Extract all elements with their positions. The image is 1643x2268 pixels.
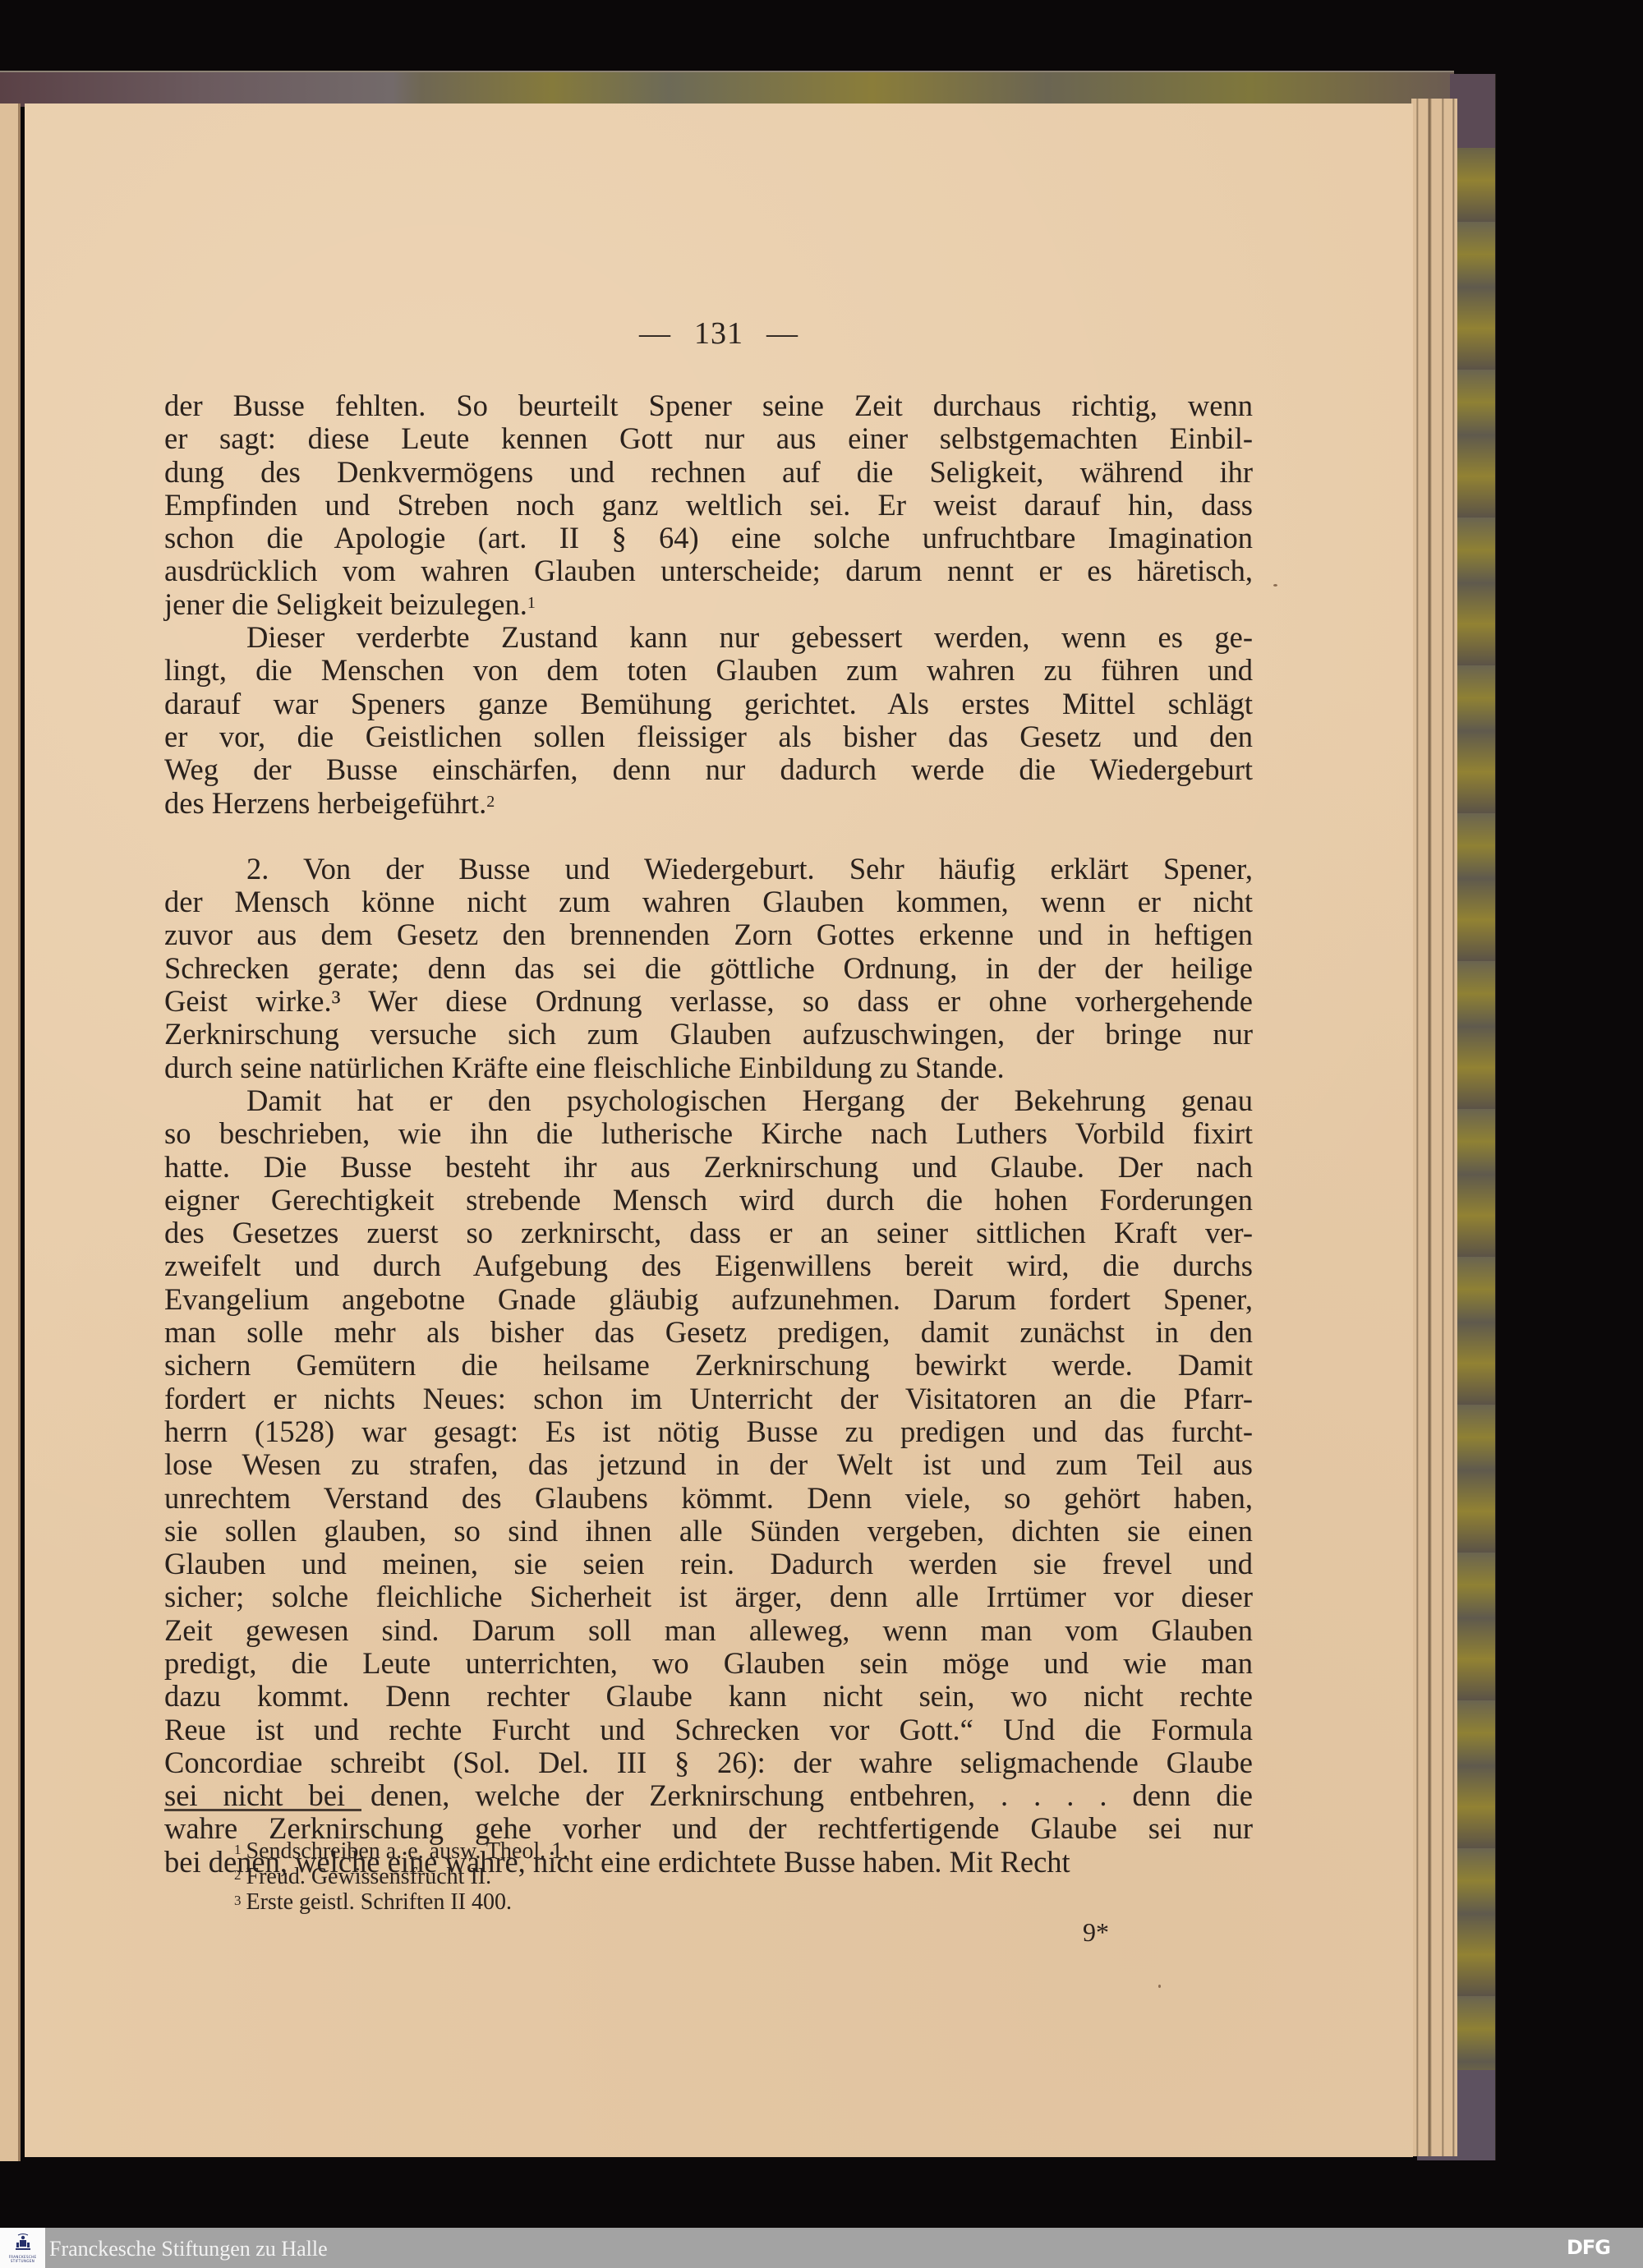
text-line: 2. Von der Busse und Wiedergeburt. Sehr …: [164, 853, 1253, 886]
text-line: eigner Gerechtigkeit strebende Mensch wi…: [164, 1184, 1253, 1217]
section-gap: [164, 820, 1253, 853]
paper-speck: [1158, 1985, 1161, 1988]
text-line: predigt, die Leute unterrichten, wo Glau…: [164, 1647, 1253, 1680]
signature-mark: 9*: [1083, 1917, 1109, 1948]
paragraphs: der Busse fehlten. So beurteilt Spener s…: [164, 389, 1253, 1879]
text-line: zweifelt und durch Aufgebung des Eigenwi…: [164, 1249, 1253, 1282]
text-line: Empfinden und Streben noch ganz weltlich…: [164, 489, 1253, 522]
footnote-separator: [164, 1809, 361, 1811]
previous-page-edge: [0, 104, 21, 2161]
text-line: jener die Seligkeit beizulegen.1: [164, 588, 1253, 621]
text-line: Evangelium angebotne Gnade gläubig aufzu…: [164, 1283, 1253, 1316]
text-line: Weg der Busse einschärfen, denn nur dadu…: [164, 753, 1253, 786]
text-line: so beschrieben, wie ihn die lutherische …: [164, 1117, 1253, 1150]
paper-speck: [1273, 584, 1277, 587]
text-line: Concordiae schreibt (Sol. Del. III § 26)…: [164, 1746, 1253, 1779]
text-line: man solle mehr als bisher das Gesetz pre…: [164, 1316, 1253, 1349]
text-line: durch seine natürlichen Kräfte eine flei…: [164, 1051, 1253, 1084]
text-line: hatte. Die Busse besteht ihr aus Zerknir…: [164, 1151, 1253, 1184]
text-line: er sagt: diese Leute kennen Gott nur aus…: [164, 422, 1253, 455]
footnote-2: 2Freud. Gewissensfrucht II.: [234, 1864, 568, 1889]
paragraph: der Busse fehlten. So beurteilt Spener s…: [164, 389, 1253, 621]
footer-bar: FRANCKESCHESTIFTUNGEN Franckesche Stiftu…: [0, 2228, 1643, 2268]
text-line: ausdrücklich vom wahren Glauben untersch…: [164, 554, 1253, 587]
text-line: des Herzens herbeigeführt.2: [164, 787, 1253, 820]
text-line: Dieser verderbte Zustand kann nur gebess…: [164, 621, 1253, 654]
book-page: —131— der Busse fehlten. So beurteilt Sp…: [25, 104, 1413, 2157]
paragraph: Dieser verderbte Zustand kann nur gebess…: [164, 621, 1253, 820]
text-line: Zeit gewesen sind. Darum soll man allewe…: [164, 1614, 1253, 1647]
text-line: sei nicht bei denen, welche der Zerknirs…: [164, 1779, 1253, 1812]
text-line: unrechtem Verstand des Glaubens kömmt. D…: [164, 1482, 1253, 1515]
text-line: er vor, die Geistlichen sollen fleissige…: [164, 720, 1253, 753]
text-line: sie sollen glauben, so sind ihnen alle S…: [164, 1515, 1253, 1548]
page-number-header: —131—: [25, 315, 1413, 352]
text-line: Schrecken gerate; denn das sei die göttl…: [164, 952, 1253, 985]
paragraph: 2. Von der Busse und Wiedergeburt. Sehr …: [164, 853, 1253, 1084]
page-number: 131: [694, 316, 743, 351]
footnote-reference: 2: [486, 793, 495, 811]
text-line: Geist wirke.³ Wer diese Ordnung verlasse…: [164, 985, 1253, 1018]
text-line: Reue ist und rechte Furcht und Schrecken…: [164, 1714, 1253, 1746]
text-line: Zerknirschung versuche sich zum Glauben …: [164, 1018, 1253, 1051]
text-line: herrn (1528) war gesagt: Es ist nötig Bu…: [164, 1415, 1253, 1448]
paragraph: Damit hat er den psychologischen Hergang…: [164, 1084, 1253, 1879]
book-binding-top: [0, 71, 1454, 107]
page-stack-edge: [1411, 99, 1457, 2156]
text-line: schon die Apologie (art. II § 64) eine s…: [164, 522, 1253, 554]
text-line: der Busse fehlten. So beurteilt Spener s…: [164, 389, 1253, 422]
dfg-logo[interactable]: DFG: [1567, 2236, 1610, 2259]
footnote-3: 3Erste geistl. Schriften II 400.: [234, 1889, 568, 1915]
text-line: lingt, die Menschen von dem toten Glaube…: [164, 654, 1253, 687]
franckesche-logo[interactable]: FRANCKESCHESTIFTUNGEN: [0, 2228, 45, 2268]
footnote-1: 1Sendschreiben a. e. ausw. Theol. 1.: [234, 1838, 568, 1864]
text-line: Damit hat er den psychologischen Hergang…: [164, 1084, 1253, 1117]
book-binding-right: [1454, 74, 1496, 2160]
text-line: lose Wesen zu strafen, das jetzund in de…: [164, 1448, 1253, 1481]
body-text: der Busse fehlten. So beurteilt Spener s…: [164, 389, 1253, 1879]
text-line: der Mensch könne nicht zum wahren Glaube…: [164, 886, 1253, 918]
footnotes: 1Sendschreiben a. e. ausw. Theol. 1. 2Fr…: [234, 1838, 568, 1915]
text-line: sicher; solche fleichliche Sicherheit is…: [164, 1580, 1253, 1613]
text-line: sichern Gemütern die heilsame Zerknirsch…: [164, 1349, 1253, 1382]
franckesche-emblem-icon: [15, 2233, 31, 2251]
text-line: Glauben und meinen, sie seien rein. Dadu…: [164, 1548, 1253, 1580]
institution-name: Franckesche Stiftungen zu Halle: [49, 2237, 328, 2261]
text-line: darauf war Speners ganze Bemühung gerich…: [164, 688, 1253, 720]
text-line: dung des Denkvermögens und rechnen auf d…: [164, 456, 1253, 489]
text-line: des Gesetzes zuerst so zerknirscht, dass…: [164, 1217, 1253, 1249]
text-line: dazu kommt. Denn rechter Glaube kann nic…: [164, 1680, 1253, 1713]
text-line: zuvor aus dem Gesetz den brennenden Zorn…: [164, 918, 1253, 951]
footnote-reference: 1: [527, 594, 536, 612]
text-line: fordert er nichts Neues: schon im Unterr…: [164, 1382, 1253, 1415]
